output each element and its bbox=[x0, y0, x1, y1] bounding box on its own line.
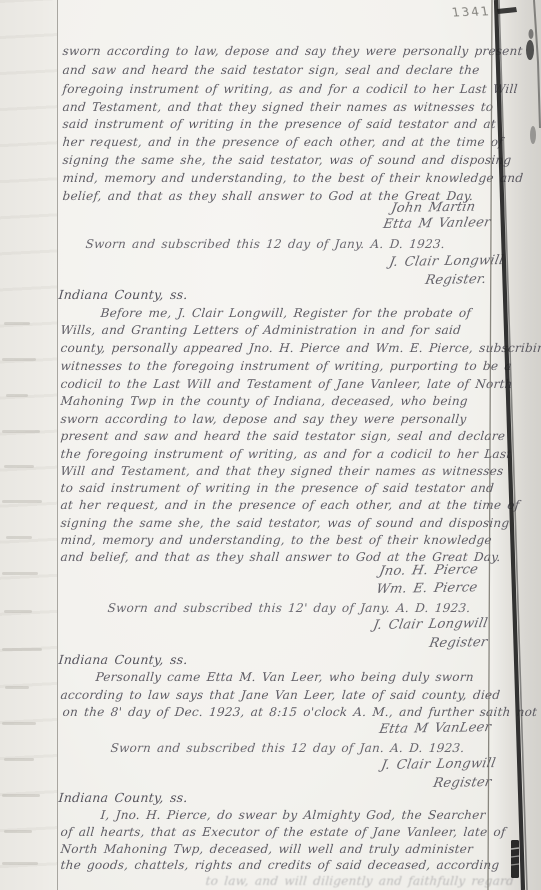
handwritten-line: sworn according to law, depose and say t… bbox=[60, 412, 467, 426]
handwritten-line: sworn according to law, depose and say t… bbox=[62, 44, 523, 58]
register-title: Register bbox=[432, 776, 492, 791]
handwritten-line: the goods, chattels, rights and credits … bbox=[60, 858, 500, 872]
signature-name: Etta M VanLeer bbox=[378, 721, 492, 737]
handwritten-line: witnesses to the foregoing instrument of… bbox=[60, 359, 512, 373]
handwritten-line: mind, memory and understanding, to the b… bbox=[60, 533, 493, 547]
right-page-edge-strip bbox=[493, 0, 541, 890]
handwritten-line: mind, memory and understanding, to the b… bbox=[62, 171, 524, 185]
register-title: Register bbox=[428, 636, 488, 651]
handwritten-line: present and saw and heard the said testa… bbox=[60, 429, 506, 443]
handwritten-line: codicil to the Last Will and Testament o… bbox=[60, 377, 513, 391]
left-margin-rule bbox=[57, 0, 58, 890]
handwritten-line: and Testament, and that they signed thei… bbox=[62, 100, 494, 114]
handwritten-line: I, Jno. H. Pierce, do swear by Almighty … bbox=[100, 808, 486, 822]
county-heading: Indiana County, ss. bbox=[58, 653, 188, 667]
handwritten-line: Mahoning Twp in the county of Indiana, d… bbox=[60, 394, 468, 408]
signature-name: Etta M Vanleer bbox=[382, 216, 492, 232]
register-signature: J. Clair Longwill bbox=[380, 757, 497, 773]
handwritten-line: Before me, J. Clair Longwill, Register f… bbox=[100, 306, 472, 320]
handwritten-line: foregoing instrument of writing, as and … bbox=[62, 82, 518, 96]
handwritten-line: signing the same she, the said testator,… bbox=[62, 153, 512, 167]
signature-name: John Martin bbox=[390, 201, 476, 216]
handwritten-line: signing the same she, the said testator,… bbox=[60, 516, 510, 530]
signature-name: Jno. H. Pierce bbox=[378, 563, 479, 579]
handwritten-line: Personally came Etta M. Van Leer, who be… bbox=[95, 670, 474, 684]
scanned-document-page: 1341 sworn according to law, depose and … bbox=[0, 0, 541, 890]
handwritten-line: at her request, and in the presence of e… bbox=[60, 498, 520, 512]
left-bleedthrough-strip bbox=[0, 0, 57, 890]
page-corner-mark: 1341 bbox=[451, 4, 492, 19]
handwritten-line: North Mahoning Twp, deceased, will well … bbox=[60, 842, 474, 856]
attestation-line: Sworn and subscribed this 12 day of Jan.… bbox=[110, 741, 465, 755]
register-title: Register. bbox=[424, 273, 487, 288]
county-heading: Indiana County, ss. bbox=[58, 791, 188, 805]
handwritten-line: according to law says that Jane Van Leer… bbox=[60, 688, 501, 702]
attestation-line: Sworn and subscribed this 12 day of Jany… bbox=[85, 237, 445, 251]
handwritten-line: Wills, and Granting Letters of Administr… bbox=[60, 323, 462, 337]
signature-name: Wm. E. Pierce bbox=[375, 581, 479, 597]
register-signature: J. Clair Longwill bbox=[388, 254, 505, 270]
handwritten-line: and belief, and that as they shall answe… bbox=[60, 550, 501, 564]
handwritten-line: Will and Testament, and that they signed… bbox=[60, 464, 504, 478]
handwritten-line: her request, and in the presence of each… bbox=[62, 135, 504, 149]
register-signature: J. Clair Longwill bbox=[372, 617, 489, 633]
county-heading: Indiana County, ss. bbox=[58, 288, 188, 302]
handwritten-line: of all hearts, that as Executor of the e… bbox=[60, 825, 506, 839]
handwritten-line: on the 8' day of Dec. 1923, at 8:15 o'cl… bbox=[62, 705, 538, 719]
handwritten-line: to said instrument of writing in the pre… bbox=[60, 481, 495, 495]
handwritten-line: and saw and heard the said testator sign… bbox=[62, 63, 480, 77]
attestation-line: Sworn and subscribed this 12' day of Jan… bbox=[107, 601, 471, 615]
handwritten-line: said instrument of writing in the presen… bbox=[62, 117, 497, 131]
handwritten-line-faded: to law, and will diligently and faithful… bbox=[205, 874, 515, 888]
handwritten-line: county, personally appeared Jno. H. Pier… bbox=[60, 341, 541, 355]
handwritten-line: the foregoing instrument of writing, as … bbox=[60, 447, 512, 461]
